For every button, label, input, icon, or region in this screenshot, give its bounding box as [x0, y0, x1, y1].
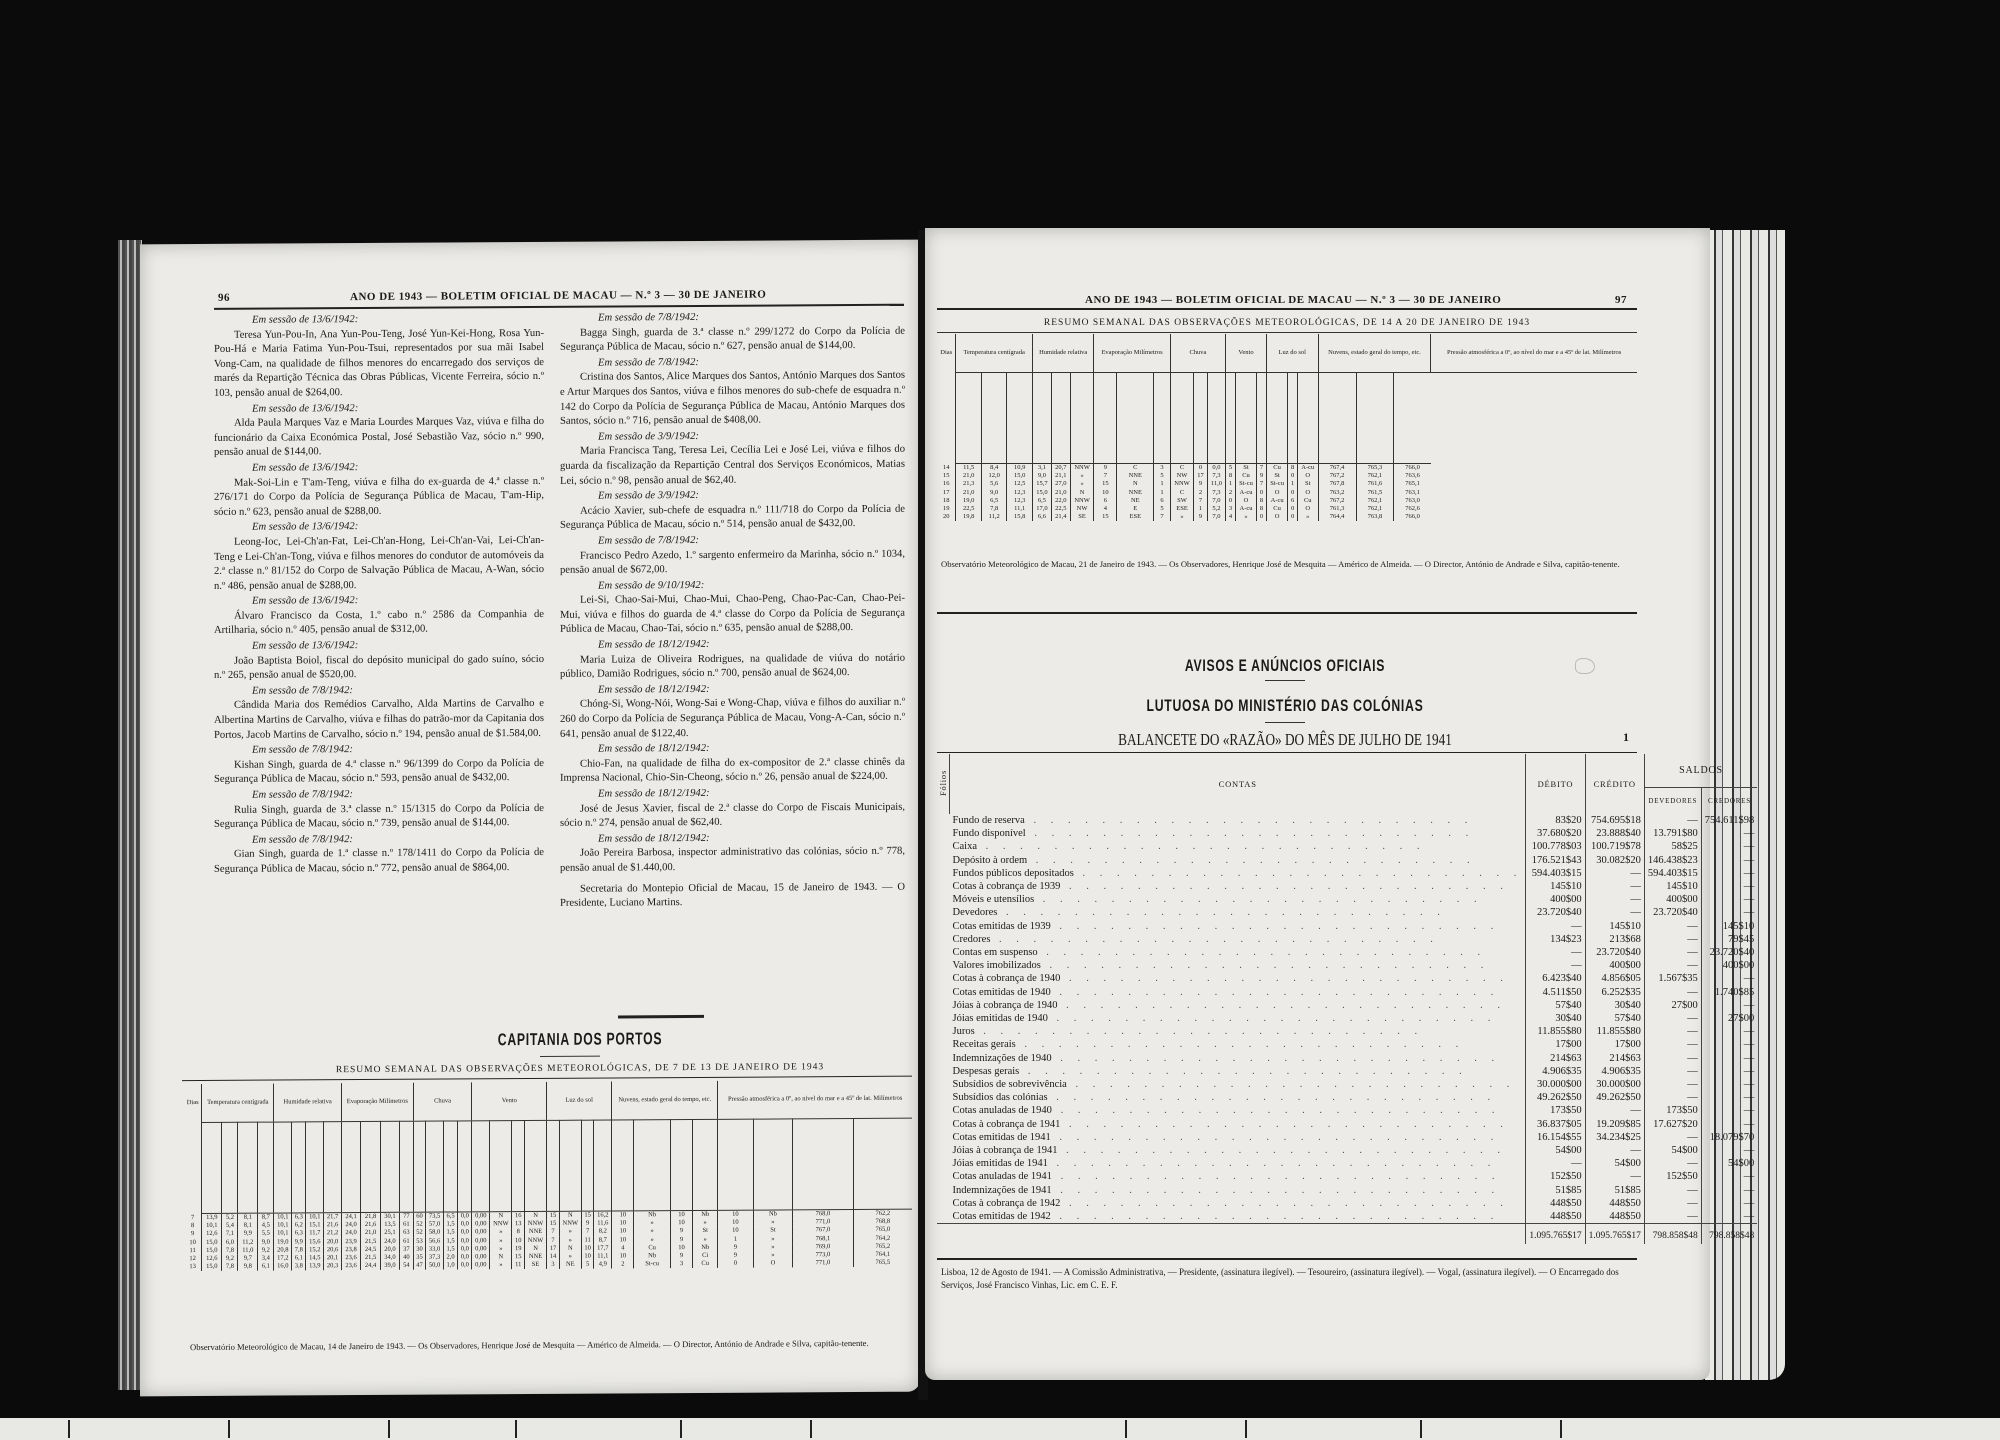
account-name: Fundo disponível — [953, 828, 1026, 839]
weather-cell: 15 — [512, 1253, 524, 1261]
account-name: Fundo de reserva — [953, 815, 1025, 826]
account-name: Subsídios das colónias — [953, 1092, 1048, 1103]
weather-cell: 9,0 — [1033, 472, 1052, 480]
weather-cell: 767,4 — [1318, 464, 1356, 473]
weather-cell: 6,3 — [292, 1213, 306, 1222]
weather-cell: St-cu — [1235, 480, 1257, 488]
weather-cell: 34,0 — [380, 1254, 399, 1262]
weather-cell: 3 — [670, 1260, 692, 1268]
leader-dots: . . . . . . . . . . . . . . . . . . . . … — [1048, 1013, 1497, 1024]
weather-cell: C — [1170, 489, 1194, 497]
weather-cell: 10 — [612, 1252, 634, 1260]
weather-cell: 37 — [400, 1246, 414, 1254]
account-name: Subsídios de sobrevivência — [953, 1079, 1067, 1090]
leader-dots: . . . . . . . . . . . . . . . . . . . . … — [1051, 1211, 1500, 1222]
book-left-edge — [118, 240, 142, 1390]
weather-cell: 768,0 — [793, 1210, 853, 1219]
text-column-2: Em sessão de 7/8/1942:Bagga Singh, guard… — [560, 310, 905, 912]
weather-cell: » — [490, 1261, 512, 1269]
weather-cell: O — [1266, 489, 1288, 497]
weather-cell: Cu — [634, 1244, 670, 1252]
leader-dots: . . . . . . . . . . . . . . . . . . . . … — [1048, 1158, 1497, 1169]
weather-cell: 1,5 — [443, 1221, 457, 1229]
weather-cell: 10 — [581, 1253, 593, 1261]
weather-cell: 7 — [184, 1214, 202, 1223]
pension-entry: Lei-Si, Chao-Sai-Mui, Chao-Mui, Chao-Pen… — [560, 592, 905, 638]
pension-entry: Kishan Singh, guarda de 4.ª classe n.º 9… — [214, 757, 544, 788]
weather-cell: 15,0 — [202, 1238, 222, 1246]
weather-cell: » — [490, 1237, 512, 1245]
credito-value: 54$00 — [1585, 1157, 1644, 1170]
credito-value: — — [1585, 906, 1644, 919]
account-name: Fundos públicos depositados — [953, 868, 1074, 879]
account-name: Contas em suspenso — [953, 947, 1038, 958]
weather-cell: 15,0 — [202, 1247, 222, 1255]
weather-cell: 21,8 — [361, 1212, 380, 1221]
balancete-row: Jóias à cobrança de 1941 . . . . . . . .… — [937, 1144, 1757, 1157]
weather-cell: St-cu — [1266, 480, 1288, 488]
weather-cell: A-cu — [1235, 505, 1257, 513]
weather-cell: 13 — [512, 1220, 524, 1228]
weather-cell: 19,0 — [956, 497, 982, 505]
weather-cell: 1,0 — [443, 1262, 457, 1270]
weather-cell: 7 — [581, 1228, 593, 1236]
weather-cell: 10 — [670, 1244, 692, 1252]
weather-cell: 0,0 — [458, 1245, 472, 1253]
devedores-value: — — [1644, 1210, 1701, 1224]
credores-value: — — [1701, 880, 1757, 893]
credito-value: 57$40 — [1585, 1012, 1644, 1025]
weather-cell: 14 — [547, 1253, 559, 1261]
balancete-row: Fundos públicos depositados . . . . . . … — [937, 867, 1757, 880]
weather-cell: 3 — [1154, 464, 1171, 473]
weather-cell: 15 — [581, 1211, 593, 1220]
credito-header: CRÉDITO — [1585, 754, 1644, 814]
weather-cell: 11 — [581, 1236, 593, 1244]
weather-cell: 0,00 — [472, 1237, 490, 1245]
folios-label: Fólios — [938, 768, 948, 798]
leader-dots: . . . . . . . . . . . . . . . . . . . . … — [1060, 881, 1509, 892]
weather-cell: 20 — [937, 513, 956, 521]
weather-cell: 0 — [1288, 505, 1298, 513]
leader-dots: . . . . . . . . . . . . . . . . . . . . … — [1052, 1053, 1501, 1064]
weather-cell: NNE — [524, 1253, 546, 1261]
weather-cell: 15,6 — [306, 1238, 324, 1246]
credito-value: 30.000$00 — [1585, 1078, 1644, 1091]
debito-header: DÉBITO — [1526, 754, 1585, 814]
debito-value: 30.000$00 — [1526, 1078, 1585, 1091]
group-header: Humidade relativa — [1033, 334, 1094, 373]
group-header: Chuva — [1170, 334, 1226, 373]
account-name: Indemnizações de 1940 — [953, 1053, 1052, 1064]
weather-cell: 6 — [1094, 497, 1117, 505]
credito-value: — — [1585, 880, 1644, 893]
account-name: Jóias à cobrança de 1941 — [953, 1145, 1058, 1156]
weather-cell: 5 — [581, 1261, 593, 1269]
balancete-row: Indemnizações de 1940 . . . . . . . . . … — [937, 1052, 1757, 1065]
credores-value: — — [1701, 1025, 1757, 1038]
weather-cell: 8 — [1226, 472, 1236, 480]
section-rule — [618, 1015, 704, 1019]
balancete-row: Fundo disponível . . . . . . . . . . . .… — [937, 827, 1757, 840]
weather-cell: 7,3 — [1207, 489, 1226, 497]
weather-row: 1521,012,015,09,021,1»7NNE5NW177,38Cu9St… — [937, 472, 1637, 480]
weather-cell: ESE — [1117, 513, 1154, 521]
weather-cell: 9,8 — [238, 1263, 258, 1271]
account-name: Depósito à ordem — [953, 855, 1028, 866]
weather-cell: 21,1 — [1051, 472, 1070, 480]
weather-cell: 9 — [1194, 513, 1207, 521]
leader-dots: . . . . . . . . . . . . . . . . . . . . … — [1060, 1198, 1509, 1209]
weather-cell: O — [1297, 472, 1318, 480]
weather-row: 1721,09,012,315,021,0N10NNE1C27,32A-cu0O… — [937, 489, 1637, 497]
weather-cell: St — [1235, 464, 1257, 473]
page-number: 96 — [218, 292, 230, 304]
weather-cell: 63 — [400, 1229, 414, 1237]
balancete-row: Cotas à cobrança de 1941 . . . . . . . .… — [937, 1118, 1757, 1131]
weather-cell: NE — [559, 1261, 581, 1269]
leader-dots: . . . . . . . . . . . . . . . . . . . . … — [1038, 947, 1487, 958]
weather-cell: 17 — [547, 1245, 559, 1253]
account-name: Cotas à cobrança de 1942 — [953, 1198, 1061, 1209]
weather-cell: NNW — [524, 1220, 546, 1228]
total-devedores: 798.858$48 — [1644, 1224, 1701, 1244]
devedores-value: — — [1644, 814, 1701, 827]
credores-value: — — [1701, 1052, 1757, 1065]
group-header: Nuvens, estado geral do tempo, etc. — [612, 1081, 718, 1120]
account-name: Devedores — [953, 907, 998, 918]
account-name: Indemnizações de 1941 — [953, 1185, 1052, 1196]
account-name: Caixa — [953, 841, 978, 852]
devedores-value: — — [1644, 1197, 1701, 1210]
weather-cell: 25,1 — [380, 1229, 399, 1237]
credores-value: — — [1701, 867, 1757, 880]
weather-cell: 3,8 — [292, 1263, 306, 1271]
weather-cell: 7 — [1094, 472, 1117, 480]
weather-cell: 61 — [400, 1221, 414, 1229]
weather-cell: 11 — [512, 1261, 524, 1269]
balancete-title: BALANCETE DO «RAZÃO» DO MÊS DE JULHO DE … — [1098, 730, 1472, 750]
weather-cell: NNE — [1117, 489, 1154, 497]
weather-cell: 12,3 — [1007, 489, 1033, 497]
credito-value: 4.856$05 — [1585, 972, 1644, 985]
weather-cell: 0,00 — [472, 1212, 490, 1221]
weather-cell: 52 — [413, 1221, 425, 1229]
weather-cell: 8,2 — [594, 1228, 612, 1236]
weather-cell: 17 — [937, 489, 956, 497]
weather-cell: 10 — [612, 1220, 634, 1228]
weather-cell: 21,0 — [361, 1229, 380, 1237]
weather-cell: 7,1 — [222, 1230, 238, 1238]
weather-cell: Nb — [634, 1211, 670, 1220]
debito-value: 30$40 — [1526, 1012, 1585, 1025]
weather-cell: 763,2 — [1318, 489, 1356, 497]
leader-dots: . . . . . . . . . . . . . . . . . . . . … — [1051, 921, 1500, 932]
weather-cell: 10 — [612, 1236, 634, 1244]
credores-value: 18.079$70 — [1701, 1131, 1757, 1144]
devedores-value: — — [1644, 986, 1701, 999]
weather-cell: 9 — [1257, 472, 1267, 480]
weather-cell: N — [524, 1245, 546, 1253]
account-name: Cotas emitidas de 1942 — [953, 1211, 1051, 1222]
weather-cell: 15,0 — [1033, 489, 1052, 497]
leader-dots: . . . . . . . . . . . . . . . . . . . . … — [975, 1026, 1424, 1037]
leader-dots: . . . . . . . . . . . . . . . . . . . . … — [1048, 1092, 1497, 1103]
weather-cell: 15 — [547, 1211, 559, 1220]
account-name: Cotas emitidas de 1941 — [953, 1132, 1051, 1143]
account-name: Valores imobilizados — [953, 960, 1041, 971]
weather-cell: 16 — [937, 480, 956, 488]
weather-cell: Ci — [693, 1252, 718, 1260]
weather-cell: 12,0 — [981, 472, 1007, 480]
weather-cell: 21,5 — [361, 1238, 380, 1246]
weather-cell: 2 — [612, 1261, 634, 1269]
weather-cell: St — [693, 1227, 718, 1235]
weather-cell: 20,3 — [324, 1262, 342, 1270]
weather-cell: 2 — [1194, 489, 1207, 497]
weather-cell: 0,0 — [1207, 464, 1226, 473]
weather-cell: 11,0 — [1207, 480, 1226, 488]
leader-dots: . . . . . . . . . . . . . . . . . . . . … — [1052, 1105, 1501, 1116]
weather-cell: 9 — [718, 1252, 753, 1260]
weather-cell: 22,5 — [1051, 505, 1070, 513]
weather-cell: 7,0 — [1207, 497, 1226, 505]
weather-cell: 12,3 — [1007, 497, 1033, 505]
credito-value: 145$10 — [1585, 920, 1644, 933]
devedores-value: 13.791$80 — [1644, 827, 1701, 840]
weather-cell: 52 — [413, 1229, 425, 1237]
weather-cell: St — [1297, 480, 1318, 488]
weather-cell: 60 — [413, 1212, 425, 1221]
weather-cell: 0,0 — [458, 1221, 472, 1229]
credores-value: 400$00 — [1701, 959, 1757, 972]
credores-value: — — [1701, 999, 1757, 1012]
debito-value: 37.680$20 — [1526, 827, 1585, 840]
balancete-row: Cotas anuladas de 1940 . . . . . . . . .… — [937, 1104, 1757, 1117]
weather-cell: » — [634, 1236, 670, 1244]
weather-cell: NNW — [490, 1220, 512, 1228]
account-name: Cotas à cobrança de 1939 — [953, 881, 1061, 892]
account-name: Cotas à cobrança de 1940 — [953, 973, 1061, 984]
header-rule — [214, 304, 904, 310]
weather-cell: 4,9 — [594, 1261, 612, 1269]
weather-cell: NW — [1170, 472, 1194, 480]
group-header: Nuvens, estado geral do tempo, etc. — [1318, 334, 1431, 373]
weather-cell: 6,2 — [292, 1222, 306, 1230]
weather-cell: St — [753, 1227, 793, 1235]
balancete-row: Jóias à cobrança de 1940 . . . . . . . .… — [937, 999, 1757, 1012]
weather-cell: C — [1117, 464, 1154, 473]
weather-cell: » — [753, 1243, 793, 1251]
devedores-value: 27$00 — [1644, 999, 1701, 1012]
weather-cell: 10 — [612, 1211, 634, 1220]
weather-cell: 14,5 — [306, 1254, 324, 1262]
weather-cell: 6,1 — [292, 1254, 306, 1262]
weather-cell: O — [1266, 513, 1288, 521]
weather-cell: N — [524, 1211, 546, 1220]
weather-cell: 15,2 — [306, 1246, 324, 1254]
leader-dots: . . . . . . . . . . . . . . . . . . . . … — [1067, 1079, 1516, 1090]
credito-value: — — [1585, 1144, 1644, 1157]
weather-cell: » — [559, 1228, 581, 1236]
weather-cell: 8,1 — [238, 1213, 258, 1222]
pension-entry: Mak-Soi-Lin e T'am-Teng, viúva e filha d… — [214, 474, 544, 520]
weather-cell: 15 — [937, 472, 956, 480]
weather-cell: 1 — [1288, 480, 1298, 488]
weather-row: 1621,35,612,515,727,0»15N1NNW911,01St-cu… — [937, 480, 1637, 488]
credores-value: — — [1701, 1038, 1757, 1051]
pension-entry: Maria Luiza de Oliveira Rodrigues, na qu… — [560, 651, 905, 682]
debito-value: 4.511$50 — [1526, 986, 1585, 999]
weather-cell: 7 — [1257, 464, 1267, 473]
weather-cell: 5,4 — [222, 1222, 238, 1230]
weather-cell: 7 — [1194, 497, 1207, 505]
weather-cell: 766,0 — [1394, 513, 1431, 521]
weather-cell: 763,8 — [1356, 513, 1394, 521]
pension-entry: Alda Paula Marques Vaz e Maria Lourdes M… — [214, 415, 544, 461]
weather-cell: » — [1070, 472, 1094, 480]
weather-cell: 23,6 — [341, 1254, 360, 1262]
credito-value: 4.906$35 — [1585, 1065, 1644, 1078]
avisos-title: AVISOS E ANÚNCIOS OFICIAIS — [1155, 656, 1414, 676]
weather-cell: 9 — [1194, 480, 1207, 488]
stain-mark — [1575, 658, 1595, 674]
weather-cell: 15,7 — [1033, 480, 1052, 488]
weather-cell: 0,00 — [472, 1229, 490, 1237]
weather-cell: NNE — [1117, 472, 1154, 480]
credores-value: — — [1701, 1210, 1757, 1224]
credores-value: — — [1701, 840, 1757, 853]
weather-cell: 20,8 — [274, 1246, 292, 1254]
weather-cell: C — [1170, 464, 1194, 473]
weather-cell: 7,8 — [222, 1263, 238, 1271]
weather-cell: 21,0 — [956, 472, 982, 480]
weather-cell: 1,5 — [443, 1229, 457, 1237]
weather-cell: 18 — [937, 497, 956, 505]
weather-cell: 22,5 — [956, 505, 982, 513]
weather-cell: 3 — [1226, 505, 1236, 513]
weather-cell: 33,0 — [426, 1245, 444, 1253]
credito-value: 100.719$78 — [1585, 840, 1644, 853]
weekly-weather-table: DiasTemperatura centígradaHumidade relat… — [937, 334, 1637, 521]
weather-cell: 8,7 — [258, 1213, 274, 1222]
weather-cell: NNW — [559, 1220, 581, 1228]
weather-cell: O — [1235, 497, 1257, 505]
weather-cell: 19 — [937, 505, 956, 513]
credito-value: 34.234$25 — [1585, 1131, 1644, 1144]
dias-header: Dias — [937, 334, 956, 373]
title-rule — [1265, 722, 1305, 723]
weather-cell: 1 — [1226, 480, 1236, 488]
lutuosa-title: LUTUOSA DO MINISTÉRIO DAS COLÓNIAS — [1119, 696, 1450, 716]
weather-cell: 7,3 — [1207, 472, 1226, 480]
balancete-row: Cotas anuladas de 1941 . . . . . . . . .… — [937, 1170, 1757, 1183]
weather-cell: 762,1 — [1356, 505, 1394, 513]
credito-value: 17$00 — [1585, 1038, 1644, 1051]
weather-cell: 39,0 — [380, 1262, 399, 1270]
weather-cell: » — [753, 1219, 793, 1227]
weather-cell: 24,0 — [341, 1221, 360, 1229]
weather-row: 2019,811,215,86,621,4SE15ESE7»97,04»0O0»… — [937, 513, 1637, 521]
weather-cell: 7 — [547, 1228, 559, 1236]
weather-cell: 9 — [670, 1252, 692, 1260]
weather-cell: 9 — [1094, 464, 1117, 473]
weather-cell: O — [1297, 489, 1318, 497]
weather-cell: 17,0 — [1033, 505, 1052, 513]
weather-cell: » — [490, 1229, 512, 1237]
weather-cell: 54 — [400, 1262, 414, 1270]
weather-cell: N — [559, 1244, 581, 1252]
pension-entry: Chóng-Si, Wong-Nói, Wong-Sai e Wong-Chap… — [560, 696, 905, 742]
saldos-header: SALDOS — [1644, 754, 1757, 788]
weather-cell: 5 — [1154, 505, 1171, 513]
weather-cell: St — [1266, 472, 1288, 480]
devedores-value: — — [1644, 1038, 1701, 1051]
weather-cell: 10,1 — [306, 1213, 324, 1222]
weather-cell: 10 — [512, 1237, 524, 1245]
weather-cell: 17 — [1194, 472, 1207, 480]
balancete-table: Fólios CONTAS DÉBITO CRÉDITO SALDOS DEVE… — [937, 754, 1757, 1244]
weather-cell: 11,2 — [981, 513, 1007, 521]
weather-cell: 7,8 — [292, 1246, 306, 1254]
debito-value: 57$40 — [1526, 999, 1585, 1012]
balancete-row: Credores . . . . . . . . . . . . . . . .… — [937, 933, 1757, 946]
credores-value: — — [1701, 906, 1757, 919]
balancete-row: Móveis e utensílios . . . . . . . . . . … — [937, 893, 1757, 906]
weather-cell: » — [1297, 513, 1318, 521]
weather-cell: 1 — [1154, 480, 1171, 488]
account-name: Jóias à cobrança de 1940 — [953, 1000, 1058, 1011]
title-rule — [540, 1056, 600, 1057]
devedores-value: — — [1644, 1052, 1701, 1065]
balancete-row: Cotas emitidas de 1939 . . . . . . . . .… — [937, 920, 1757, 933]
pension-entry: Gian Singh, guarda de 1.ª classe n.º 178… — [214, 846, 544, 877]
weather-cell: 771,0 — [793, 1259, 853, 1268]
credito-value: 23.720$40 — [1585, 946, 1644, 959]
weather-cell: 6,6 — [1033, 513, 1052, 521]
credores-value: — — [1701, 1170, 1757, 1183]
weather-cell: SE — [1070, 513, 1094, 521]
weather-cell: » — [1070, 480, 1094, 488]
weather-cell: 19,8 — [956, 513, 982, 521]
weather-cell: Nb — [634, 1252, 670, 1260]
weather-cell: 5 — [1226, 464, 1236, 473]
weather-cell: 10,9 — [1007, 464, 1033, 473]
debito-value: 594.403$15 — [1526, 867, 1585, 880]
weather-cell: 21,0 — [956, 489, 982, 497]
weather-cell: » — [693, 1219, 718, 1227]
leader-dots: . . . . . . . . . . . . . . . . . . . . … — [1034, 894, 1483, 905]
weather-cell: 763,1 — [1394, 489, 1431, 497]
weather-cell: Nb — [693, 1210, 718, 1219]
credores-value: — — [1701, 1091, 1757, 1104]
debito-value: 100.778$03 — [1526, 840, 1585, 853]
weather-cell: 1 — [1154, 489, 1171, 497]
debito-value: 145$10 — [1526, 880, 1585, 893]
weather-cell: 15,1 — [306, 1221, 324, 1229]
weather-cell: 10,1 — [274, 1230, 292, 1238]
leader-dots: . . . . . . . . . . . . . . . . . . . . … — [1052, 1171, 1501, 1182]
weather-cell: » — [559, 1236, 581, 1244]
devedores-value: 1.567$35 — [1644, 972, 1701, 985]
credores-value: — — [1701, 1118, 1757, 1131]
weather-cell: NE — [1117, 497, 1154, 505]
weather-cell: 0 — [718, 1260, 753, 1268]
weather-cell: 19 — [512, 1245, 524, 1253]
pension-entry: Leong-Ioc, Lei-Ch'an-Fat, Lei-Ch'an-Hong… — [214, 534, 544, 594]
credito-value: 30.082$20 — [1585, 854, 1644, 867]
weather-cell: 6,0 — [222, 1238, 238, 1246]
